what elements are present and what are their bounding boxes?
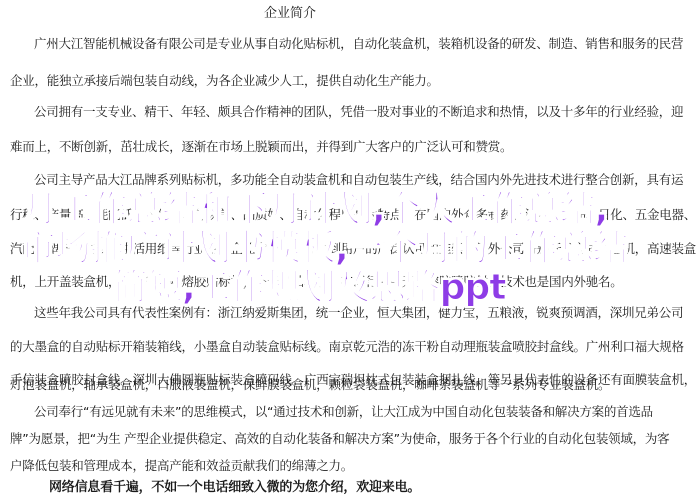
paragraph-4-line-4: 灯泡装盒机，轴承装盒机，口服液装盒机，保鲜膜装盒机，颗粒袋装盒机，咖啡条装盒机等…	[10, 377, 610, 393]
paragraph-3-line-4: 机，上开盖装盒机，化妆行业热熔胶贴标机，不干胶贴标机，在同行业中无热熔胶喷胶封盒…	[10, 274, 623, 290]
paragraph-4-line-1: 这些年我公司具有代表性案例有：浙江纳爱斯集团，统一企业，恒大集团，健力宝，五粮液…	[34, 305, 683, 321]
paragraph-3-line-2: 行稳、产量高、耗能低、操作便、外观美、品质好、自动化程度高为特点，在国内外众多制…	[10, 207, 696, 223]
paragraph-5-line-1: 公司奉行“有远见就有未来”的思维模式，以“通过技术和创新，让大江成为中国自动化包…	[34, 404, 653, 420]
paragraph-2-line-2: 难而上，不断创新，茁壮成长，逐渐在市场上脱颖而出，并得到广大客户的广泛认可和赞赏…	[10, 139, 512, 155]
paragraph-2-line-1: 公司拥有一支专业、精干、年轻、颇具合作精神的团队，凭借一股对事业的不断追求和热情…	[34, 104, 683, 120]
paragraph-5-line-3: 户降低包装和管理成本，提高产能和效益贡献我们的绵薄之力。	[10, 458, 353, 474]
paragraph-1-line-1: 广州大江智能机械设备有限公司是专业从事自动化贴标机，自动化装盒机，装箱机设备的研…	[34, 36, 683, 52]
closing-call-to-action: 网络信息看千遍，不如一个电话细致入微的为您介绍，欢迎来电。	[49, 480, 420, 496]
paragraph-4-line-2: 的大墨盒的自动贴标开箱装箱线，小墨盒自动装盒贴标线。南京乾元浩的冻干粉自动理瓶装…	[10, 339, 684, 355]
paragraph-5-line-2: 牌”为愿景，把“为生 产型企业提供稳定、高效的自动化装备和解决方案”为使命，服务…	[10, 431, 669, 447]
paragraph-3-line-1: 公司主导产品大江品牌系列贴标机，多功能全自动装盒机和自动包装生产线，结合国内外先…	[34, 172, 683, 188]
page-title: 企业简介	[0, 5, 580, 23]
paragraph-1-line-2: 企业，能独立承接后端包装自动线，为各企业减少人工，提供自动化生产能力。	[10, 73, 439, 89]
paragraph-3-line-3: 汽配、塑料、文教、生活用纸等行业生产企业中应用，并受到用户的广泛认可和推崇，另外…	[10, 241, 696, 257]
